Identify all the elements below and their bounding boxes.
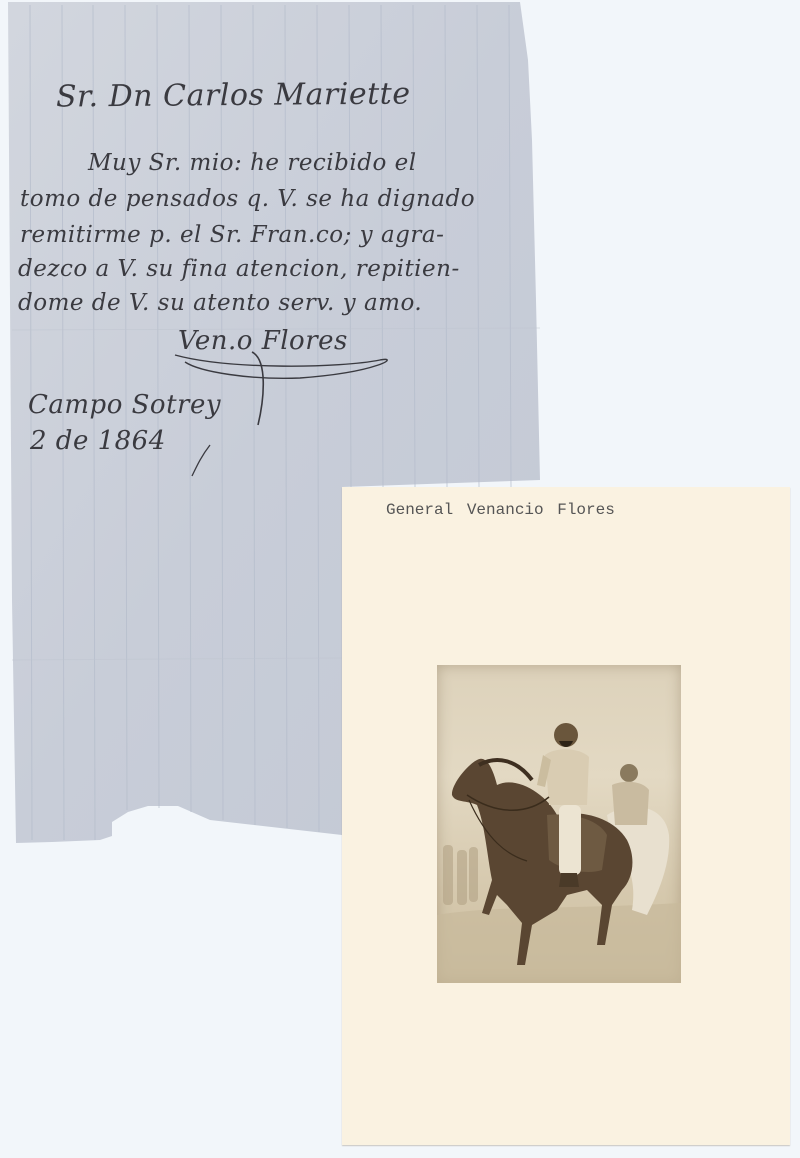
letter-place: Campo Sotrey xyxy=(28,390,221,420)
letter-body-line: dezco a V. su fina atencion, repitien- xyxy=(18,256,460,282)
letter-body-line: remitirme p. el Sr. Fran.co; y agra- xyxy=(20,222,444,248)
card-caption: General Venancio Flores xyxy=(386,501,615,519)
letter-salutation: Sr. Dn Carlos Mariette xyxy=(56,76,411,114)
letter-signature: Ven.o Flores xyxy=(178,326,348,356)
letter-date: 2 de 1864 xyxy=(30,426,166,456)
equestrian-portrait-photo xyxy=(437,665,681,983)
letter-body-line: dome de V. su atento serv. y amo. xyxy=(18,290,422,316)
letter-body-line: Muy Sr. mio: he recibido el xyxy=(88,150,417,176)
letter-body-line: tomo de pensados q. V. se ha dignado xyxy=(20,186,475,212)
photo-card: General Venancio Flores xyxy=(342,487,790,1145)
horse-rider-illustration xyxy=(437,665,681,983)
